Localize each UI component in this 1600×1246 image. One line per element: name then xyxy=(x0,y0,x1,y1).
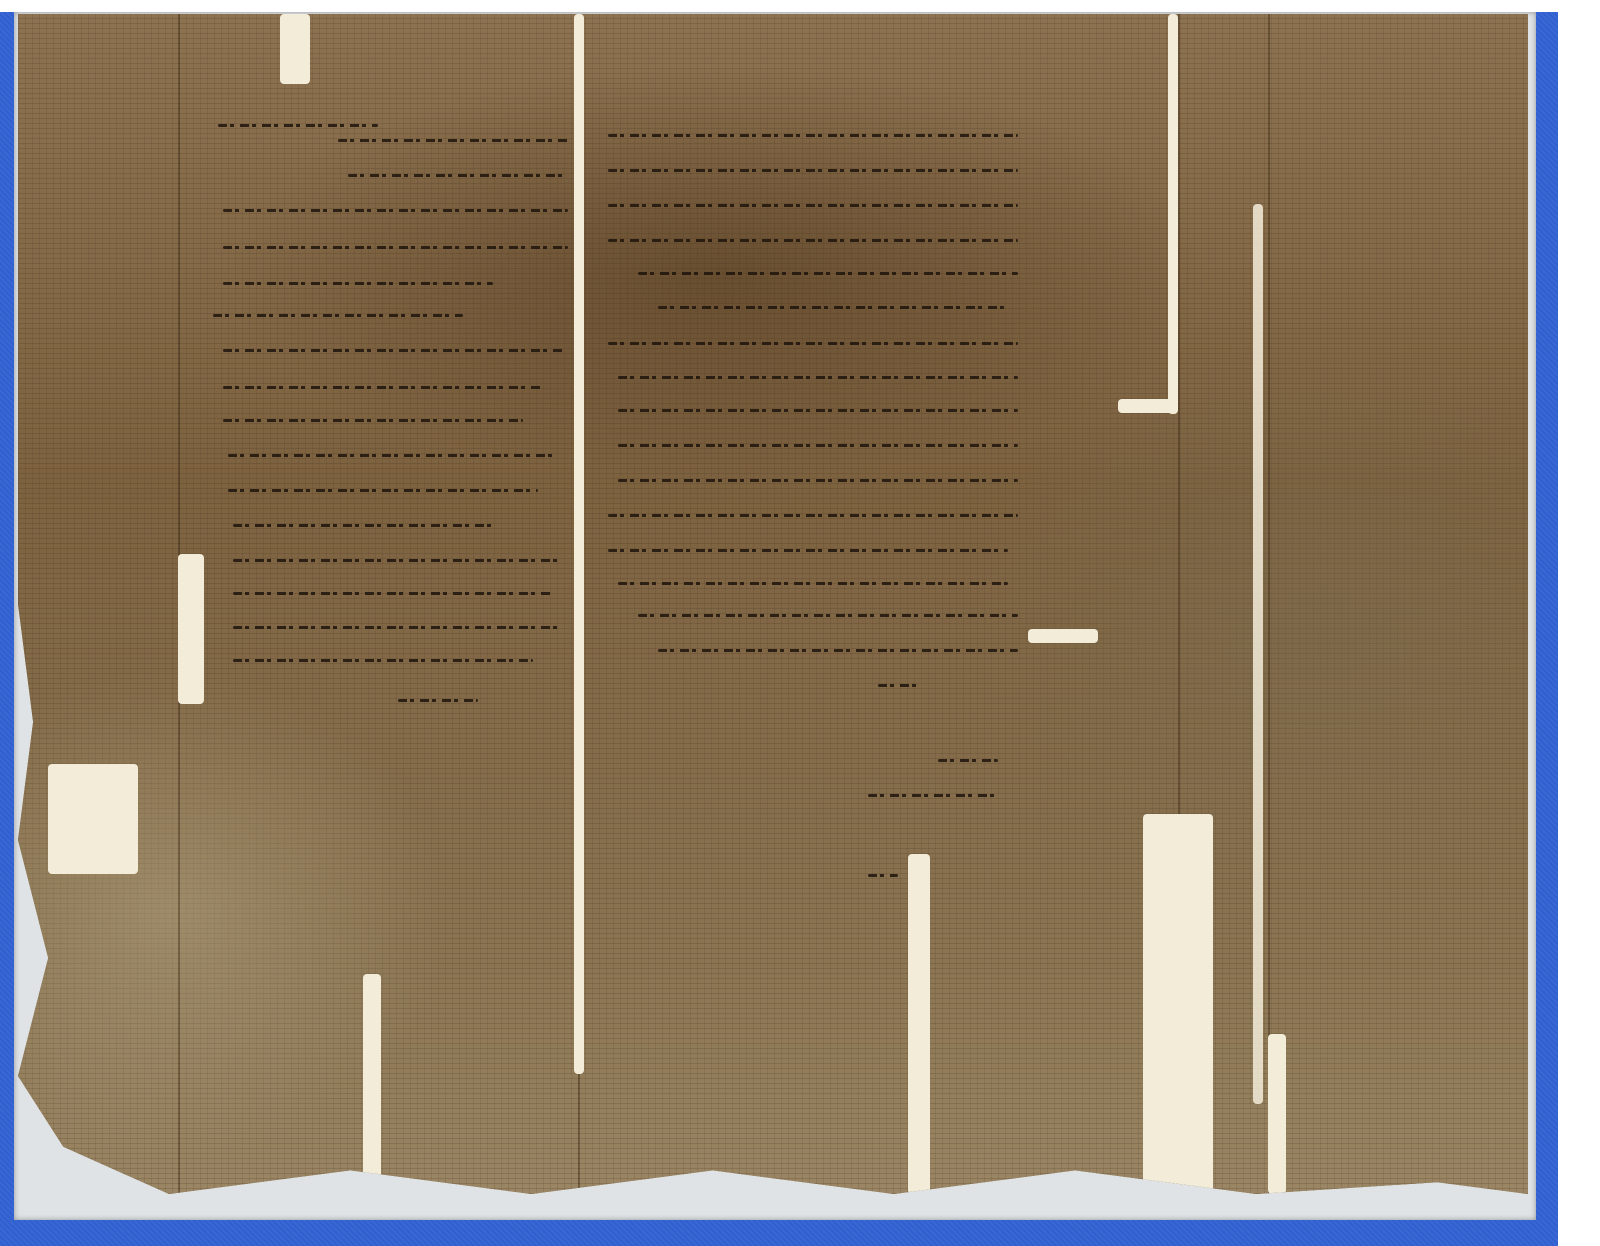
script-line xyxy=(868,794,998,797)
script-line xyxy=(658,649,1018,652)
script-line xyxy=(223,419,523,422)
script-line xyxy=(223,246,568,249)
script-line xyxy=(233,559,563,562)
script-line xyxy=(608,239,1018,242)
script-line xyxy=(868,874,898,877)
damage-gap xyxy=(1118,399,1178,413)
script-line xyxy=(218,124,378,127)
script-line xyxy=(233,592,553,595)
script-line xyxy=(223,386,543,389)
damage-crack xyxy=(1268,1034,1286,1194)
script-line xyxy=(223,209,568,212)
script-line xyxy=(338,139,568,142)
script-line xyxy=(608,134,1018,137)
script-line xyxy=(618,376,1018,379)
damage-gap xyxy=(48,764,138,874)
script-line xyxy=(233,524,493,527)
script-line xyxy=(608,204,1018,207)
damage-gap xyxy=(1028,629,1098,643)
damage-crack xyxy=(908,854,930,1194)
damage-crack xyxy=(1168,14,1178,414)
script-line xyxy=(228,489,538,492)
script-line xyxy=(233,626,563,629)
papyrus-sheet: Ancient papyrus fragment with handwritte… xyxy=(18,14,1528,1194)
script-line xyxy=(233,659,533,662)
script-line xyxy=(398,699,478,702)
script-line xyxy=(228,454,558,457)
script-line xyxy=(638,272,1018,275)
script-line xyxy=(348,174,568,177)
script-line xyxy=(213,314,463,317)
script-line xyxy=(608,549,1008,552)
script-line xyxy=(638,614,1018,617)
damage-crack xyxy=(363,974,381,1194)
script-line xyxy=(618,479,1018,482)
damage-crack xyxy=(574,14,584,1074)
papyrus-seam xyxy=(1268,14,1270,1194)
damage-gap xyxy=(178,554,204,704)
script-line xyxy=(658,306,1008,309)
damage-crack xyxy=(1253,204,1263,1104)
script-line xyxy=(618,582,1008,585)
damage-gap xyxy=(280,14,310,84)
script-line xyxy=(608,514,1018,517)
script-line xyxy=(938,759,998,762)
script-line xyxy=(608,169,1018,172)
script-line xyxy=(223,282,493,285)
script-line xyxy=(618,409,1018,412)
script-line xyxy=(608,342,1018,345)
script-line xyxy=(223,349,563,352)
script-line xyxy=(878,684,918,687)
script-line xyxy=(618,444,1018,447)
damage-gap xyxy=(1143,814,1213,1194)
